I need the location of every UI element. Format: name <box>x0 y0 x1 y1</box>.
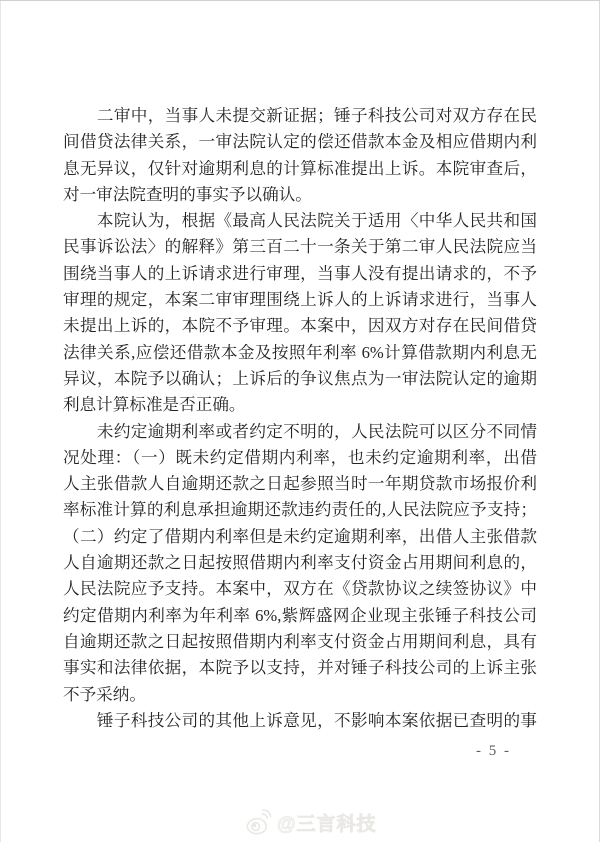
document-page: 二审中，当事人未提交新证据；锤子科技公司对双方存在民间借贷法律关系，一审法院认定… <box>0 0 600 842</box>
text-line: 人自逾期还款之日起按照借期内利率支付资金占用期间利息的， <box>63 550 537 576</box>
text-line: 民事诉讼法〉的解释》第三百二十一条关于第二审人民法院应当 <box>63 234 537 260</box>
text-line: （二）约定了借期内利率但是未约定逾期利率，出借人主张借款 <box>63 524 537 550</box>
weibo-icon <box>245 808 272 836</box>
watermark-handle: @三言科技 <box>277 809 377 836</box>
text-line: 不予采纳。 <box>63 682 537 708</box>
text-line: 未提出上诉的，本院不予审理。本案中，因双方对存在民间借贷 <box>63 313 537 339</box>
text-line: 未约定逾期利率或者约定不明的，人民法院可以区分不同情 <box>63 419 537 445</box>
text-line: 息无异议，仅针对逾期利息的计算标准提出上诉。本院审查后， <box>63 156 537 182</box>
watermark: @三言科技 <box>245 808 377 836</box>
document-body: 二审中，当事人未提交新证据；锤子科技公司对双方存在民间借贷法律关系，一审法院认定… <box>63 103 537 734</box>
text-line: 本院认为，根据《最高人民法院关于适用〈中华人民共和国 <box>63 208 537 234</box>
page-number: - 5 - <box>476 743 511 760</box>
text-line: 法律关系,应偿还借款本金及按照年利率 6%计算借款期内利息无 <box>63 340 537 366</box>
text-line: 锤子科技公司的其他上诉意见，不影响本案依据已查明的事 <box>63 708 537 734</box>
text-line: 间借贷法律关系，一审法院认定的偿还借款本金及相应借期内利 <box>63 129 537 155</box>
text-line: 围绕当事人的上诉请求进行审理，当事人没有提出请求的，不予 <box>63 261 537 287</box>
text-line: 况处理：（一）既未约定借期内利率，也未约定逾期利率，出借 <box>63 445 537 471</box>
text-line: 率标准计算的利息承担逾期还款违约责任的,人民法院应予支持； <box>63 497 537 523</box>
text-line: 二审中，当事人未提交新证据；锤子科技公司对双方存在民 <box>63 103 537 129</box>
text-line: 异议，本院予以确认；上诉后的争议焦点为一审法院认定的逾期 <box>63 366 537 392</box>
text-line: 自逾期还款之日起按照借期内利率支付资金占用期间利息，具有 <box>63 629 537 655</box>
text-line: 对一审法院查明的事实予以确认。 <box>63 182 537 208</box>
text-line: 事实和法律依据，本院予以支持，并对锤子科技公司的上诉主张 <box>63 655 537 681</box>
text-line: 人主张借款人自逾期还款之日起参照当时一年期贷款市场报价利 <box>63 471 537 497</box>
text-line: 人民法院应予支持。本案中，双方在《贷款协议之续签协议》中 <box>63 576 537 602</box>
text-line: 审理的规定，本案二审审理围绕上诉人的上诉请求进行，当事人 <box>63 287 537 313</box>
text-line: 利息计算标准是否正确。 <box>63 392 537 418</box>
text-line: 约定借期内利率为年利率 6%,紫辉盛网企业现主张锤子科技公司 <box>63 603 537 629</box>
